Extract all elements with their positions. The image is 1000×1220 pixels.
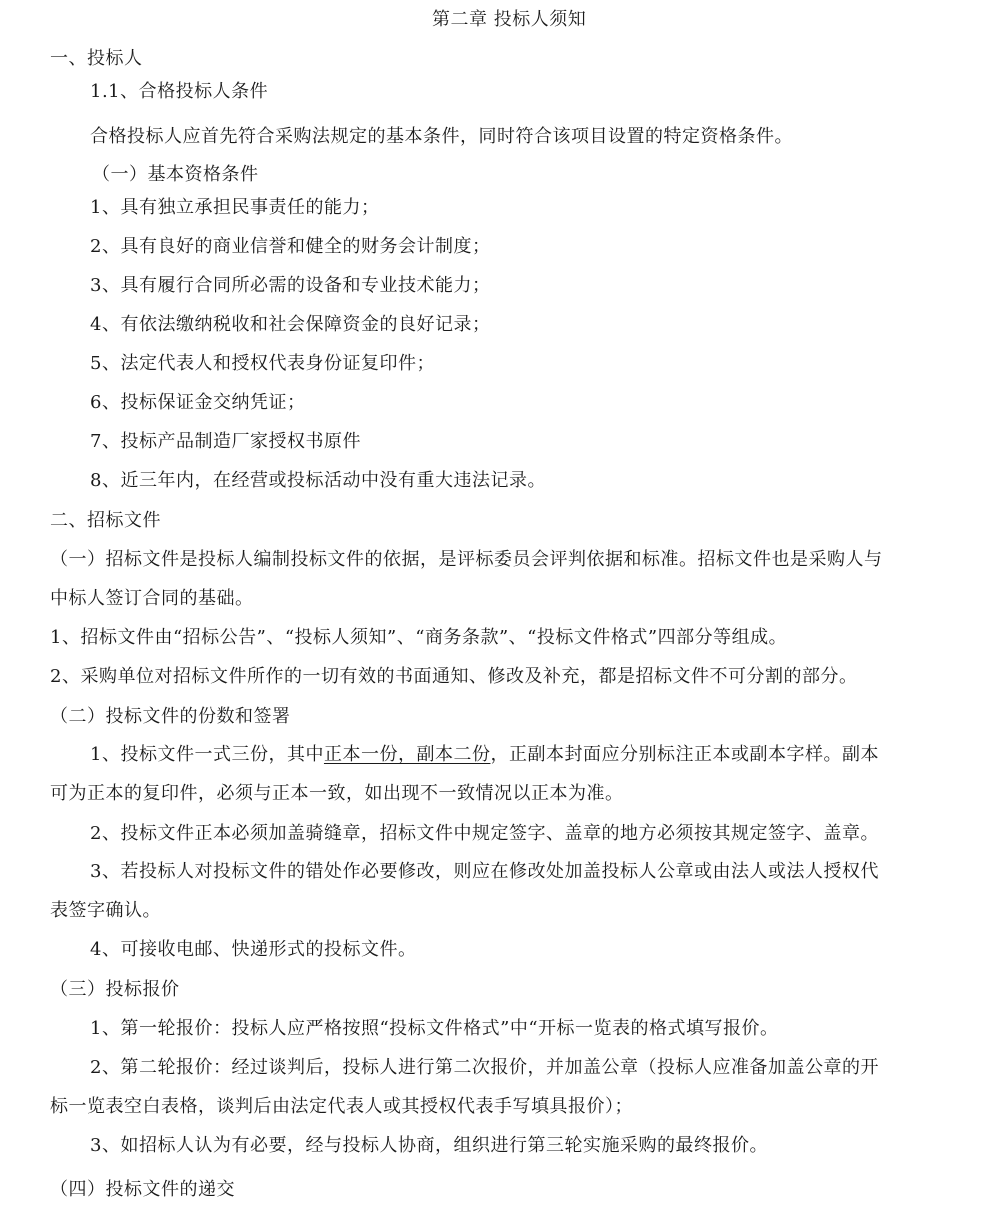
list-item: 1、招标文件由“招标公告”、“投标人须知”、“商务条款”、“投标文件格式”四部分… (50, 626, 787, 650)
paragraph-tender-basis-line1: （一）招标文件是投标人编制投标文件的依据，是评标委员会评判依据和标准。招标文件也… (50, 548, 883, 572)
subsection-heading-pricing: （三）投标报价 (50, 978, 180, 1002)
list-item: 4、有依法缴纳税收和社会保障资金的良好记录； (90, 313, 490, 337)
list-item: 4、可接收电邮、快递形式的投标文件。 (90, 938, 416, 962)
list-item: 3、如招标人认为有必要，经与投标人协商，组织进行第三轮实施采购的最终报价。 (90, 1134, 768, 1158)
list-item-continuation: 表签字确认。 (50, 899, 161, 923)
paragraph-tender-basis-line2: 中标人签订合同的基础。 (50, 587, 254, 611)
list-item: 2、采购单位对招标文件所作的一切有效的书面通知、修改及补充，都是招标文件不可分割… (50, 665, 857, 689)
section-heading-bidder: 一、投标人 (50, 47, 143, 71)
list-item: 2、具有良好的商业信誉和健全的财务会计制度； (90, 235, 490, 259)
list-item: 3、若投标人对投标文件的错处作必要修改，则应在修改处加盖投标人公章或由法人或法人… (90, 860, 879, 884)
subsection-heading-submission: （四）投标文件的递交 (50, 1178, 235, 1202)
paragraph-intro: 合格投标人应首先符合采购法规定的基本条件，同时符合该项目设置的特定资格条件。 (90, 125, 793, 149)
text-segment: ，正副本封面应分别标注正本或副本字样。副本 (490, 744, 879, 765)
page-title: 第二章 投标人须知 (432, 8, 586, 32)
list-item: 6、投标保证金交纳凭证； (90, 391, 305, 415)
list-item: 3、具有履行合同所必需的设备和专业技术能力； (90, 274, 490, 298)
list-item-continuation: 标一览表空白表格，谈判后由法定代表人或其授权代表手写填具报价）； (50, 1095, 633, 1119)
list-item: 8、近三年内，在经营或投标活动中没有重大违法记录。 (90, 469, 546, 493)
list-item: 1、第一轮报价：投标人应严格按照“投标文件格式”中“开标一览表的格式填写报价。 (90, 1017, 779, 1041)
list-item: 7、投标产品制造厂家授权书原件 (90, 430, 361, 454)
list-item: 2、第二轮报价：经过谈判后，投标人进行第二次报价，并加盖公章（投标人应准备加盖公… (90, 1056, 879, 1080)
list-item: 2、投标文件正本必须加盖骑缝章，招标文件中规定签字、盖章的地方必须按其规定签字、… (90, 822, 879, 846)
text-segment: 1、投标文件一式三份，其中 (90, 744, 324, 765)
list-item: 1、具有独立承担民事责任的能力； (90, 196, 379, 220)
subsection-heading-qualified-bidder: 1.1、合格投标人条件 (90, 80, 268, 104)
subsection-heading-copies-signing: （二）投标文件的份数和签署 (50, 705, 291, 729)
subsection-heading-basic-conditions: （一）基本资格条件 (92, 163, 259, 187)
list-item-copies: 1、投标文件一式三份，其中正本一份，副本二份，正副本封面应分别标注正本或副本字样… (90, 743, 879, 767)
underlined-text: 正本一份，副本二份 (324, 744, 491, 765)
list-item: 5、法定代表人和授权代表身份证复印件； (90, 352, 435, 376)
list-item-continuation: 可为正本的复印件，必须与正本一致，如出现不一致情况以正本为准。 (50, 782, 624, 806)
section-heading-tender-documents: 二、招标文件 (50, 509, 161, 533)
